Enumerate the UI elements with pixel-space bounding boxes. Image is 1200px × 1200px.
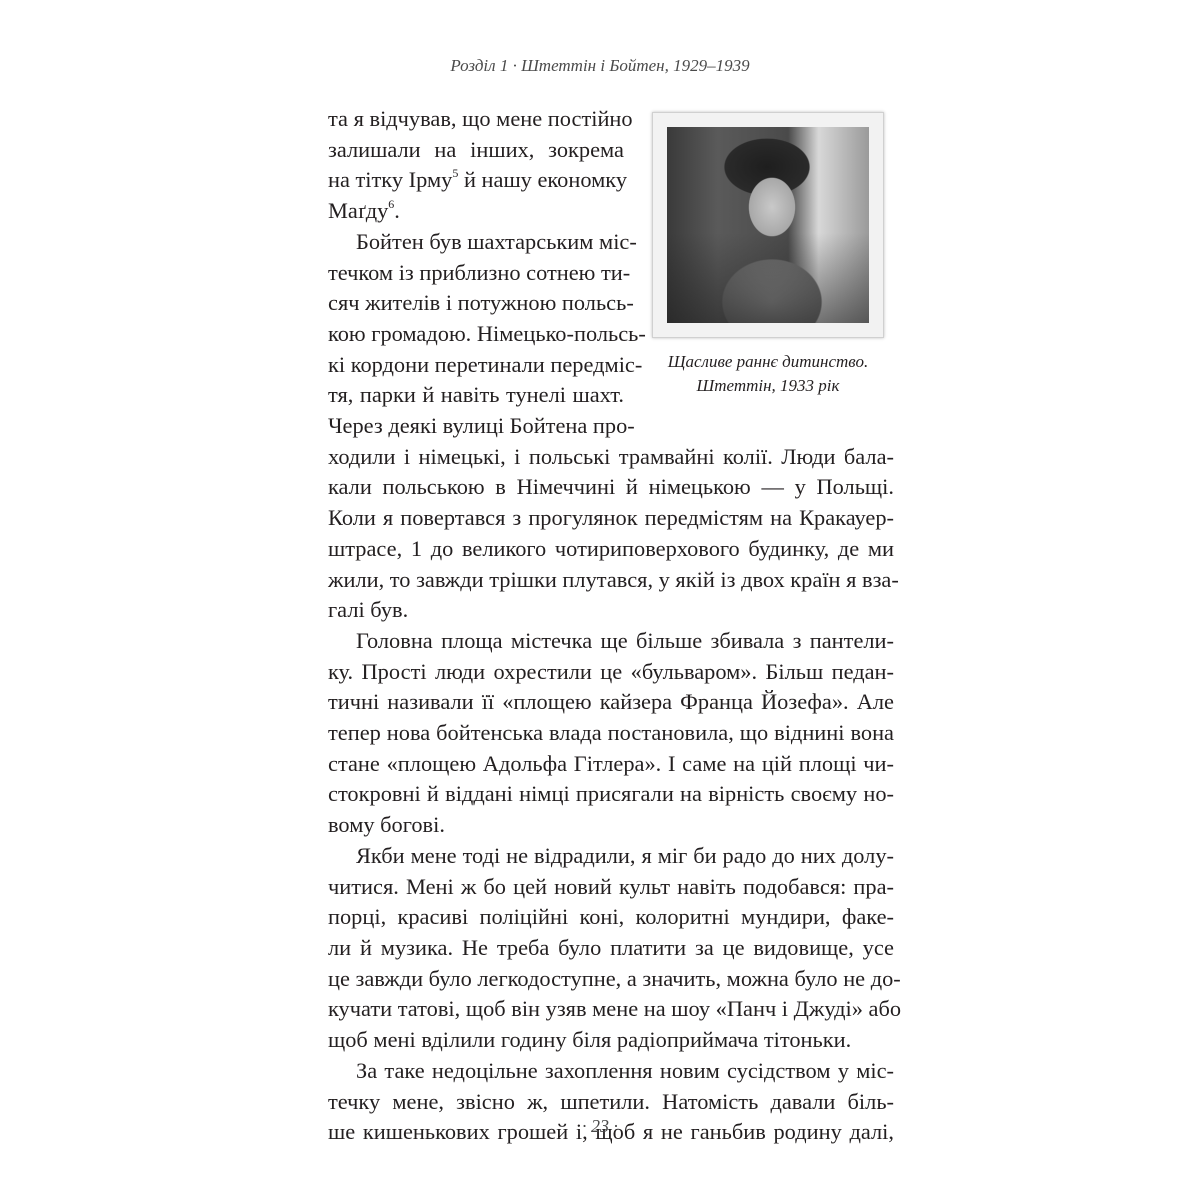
text-line: стане «площею Адольфа Гітлера». І саме н… bbox=[328, 749, 894, 780]
text-line: За таке недоцільне захоплення новим сусі… bbox=[328, 1056, 894, 1087]
text-line: течку мене, звісно ж, шпетили. Натомість… bbox=[328, 1087, 894, 1118]
text-line: щоб мені вділили годину біля радіоприйма… bbox=[328, 1025, 894, 1056]
text-line: та я відчував, що мене постійно bbox=[328, 104, 624, 135]
paragraph: Бойтен був шахтарським міс- течком із пр… bbox=[328, 227, 894, 626]
text-line: Коли я повертався з прогулянок передміст… bbox=[328, 503, 894, 534]
running-head: Розділ 1 · Штеттін і Бойтен, 1929–1939 bbox=[0, 56, 1200, 76]
paragraph: Якби мене тоді не відрадили, я міг би ра… bbox=[328, 841, 894, 1056]
body-text: та я відчував, що мене постійно залишали… bbox=[328, 104, 894, 1148]
footnote-ref[interactable]: 6 bbox=[388, 197, 394, 211]
text-line: ку. Прості люди охрестили це «бульваром»… bbox=[328, 657, 894, 688]
text-line: кі кордони перетинали передміс- bbox=[328, 350, 624, 381]
text-line: Бойтен був шахтарським міс- bbox=[328, 227, 624, 258]
paragraph: та я відчував, що мене постійно залишали… bbox=[328, 104, 894, 227]
text-line: кучати татові, щоб він узяв мене на шоу … bbox=[328, 994, 894, 1025]
text-line: галі був. bbox=[328, 595, 894, 626]
text-line: Головна площа містечка ще більше збивала… bbox=[328, 626, 894, 657]
text-line: це завжди було легкодоступне, а значить,… bbox=[328, 964, 894, 995]
text-line: штрасе, 1 до великого чотириповерхового … bbox=[328, 534, 894, 565]
text-line: ходили і німецькі, і польські трамвайні … bbox=[328, 442, 894, 473]
footnote-ref[interactable]: 5 bbox=[452, 166, 458, 180]
text-line: Якби мене тоді не відрадили, я міг би ра… bbox=[328, 841, 894, 872]
text-line: залишали на інших, зокрема bbox=[328, 135, 624, 166]
page-number: · 23 · bbox=[0, 1116, 1200, 1137]
text-line: жили, то завжди трішки плутався, у якій … bbox=[328, 565, 894, 596]
text-line: кали польською в Німеччині й німецькою —… bbox=[328, 472, 894, 503]
text-line: на тітку Ірму5 й нашу економку bbox=[328, 165, 624, 196]
text-line: течком із приблизно сотнею ти- bbox=[328, 258, 624, 289]
text-line: тя, парки й навіть тунелі шахт. bbox=[328, 380, 624, 411]
text-line: тичні називали її «площею кайзера Франца… bbox=[328, 687, 894, 718]
text-line: тепер нова бойтенська влада постановила,… bbox=[328, 718, 894, 749]
text-line: Маґду6. bbox=[328, 196, 894, 227]
text-line: стокровні й віддані німці присягали на в… bbox=[328, 779, 894, 810]
text-line: Через деякі вулиці Бойтена про- bbox=[328, 411, 624, 442]
text-line: порці, красиві поліційні коні, колоритні… bbox=[328, 902, 894, 933]
paragraph: Головна площа містечка ще більше збивала… bbox=[328, 626, 894, 841]
text-line: читися. Мені ж бо цей новий культ навіть… bbox=[328, 872, 894, 903]
text-line: сяч жителів і потужною польсь- bbox=[328, 288, 624, 319]
text-line: кою громадою. Німецько-польсь- bbox=[328, 319, 624, 350]
text-line: вому богові. bbox=[328, 810, 894, 841]
text-line: ли й музика. Не треба було платити за це… bbox=[328, 933, 894, 964]
